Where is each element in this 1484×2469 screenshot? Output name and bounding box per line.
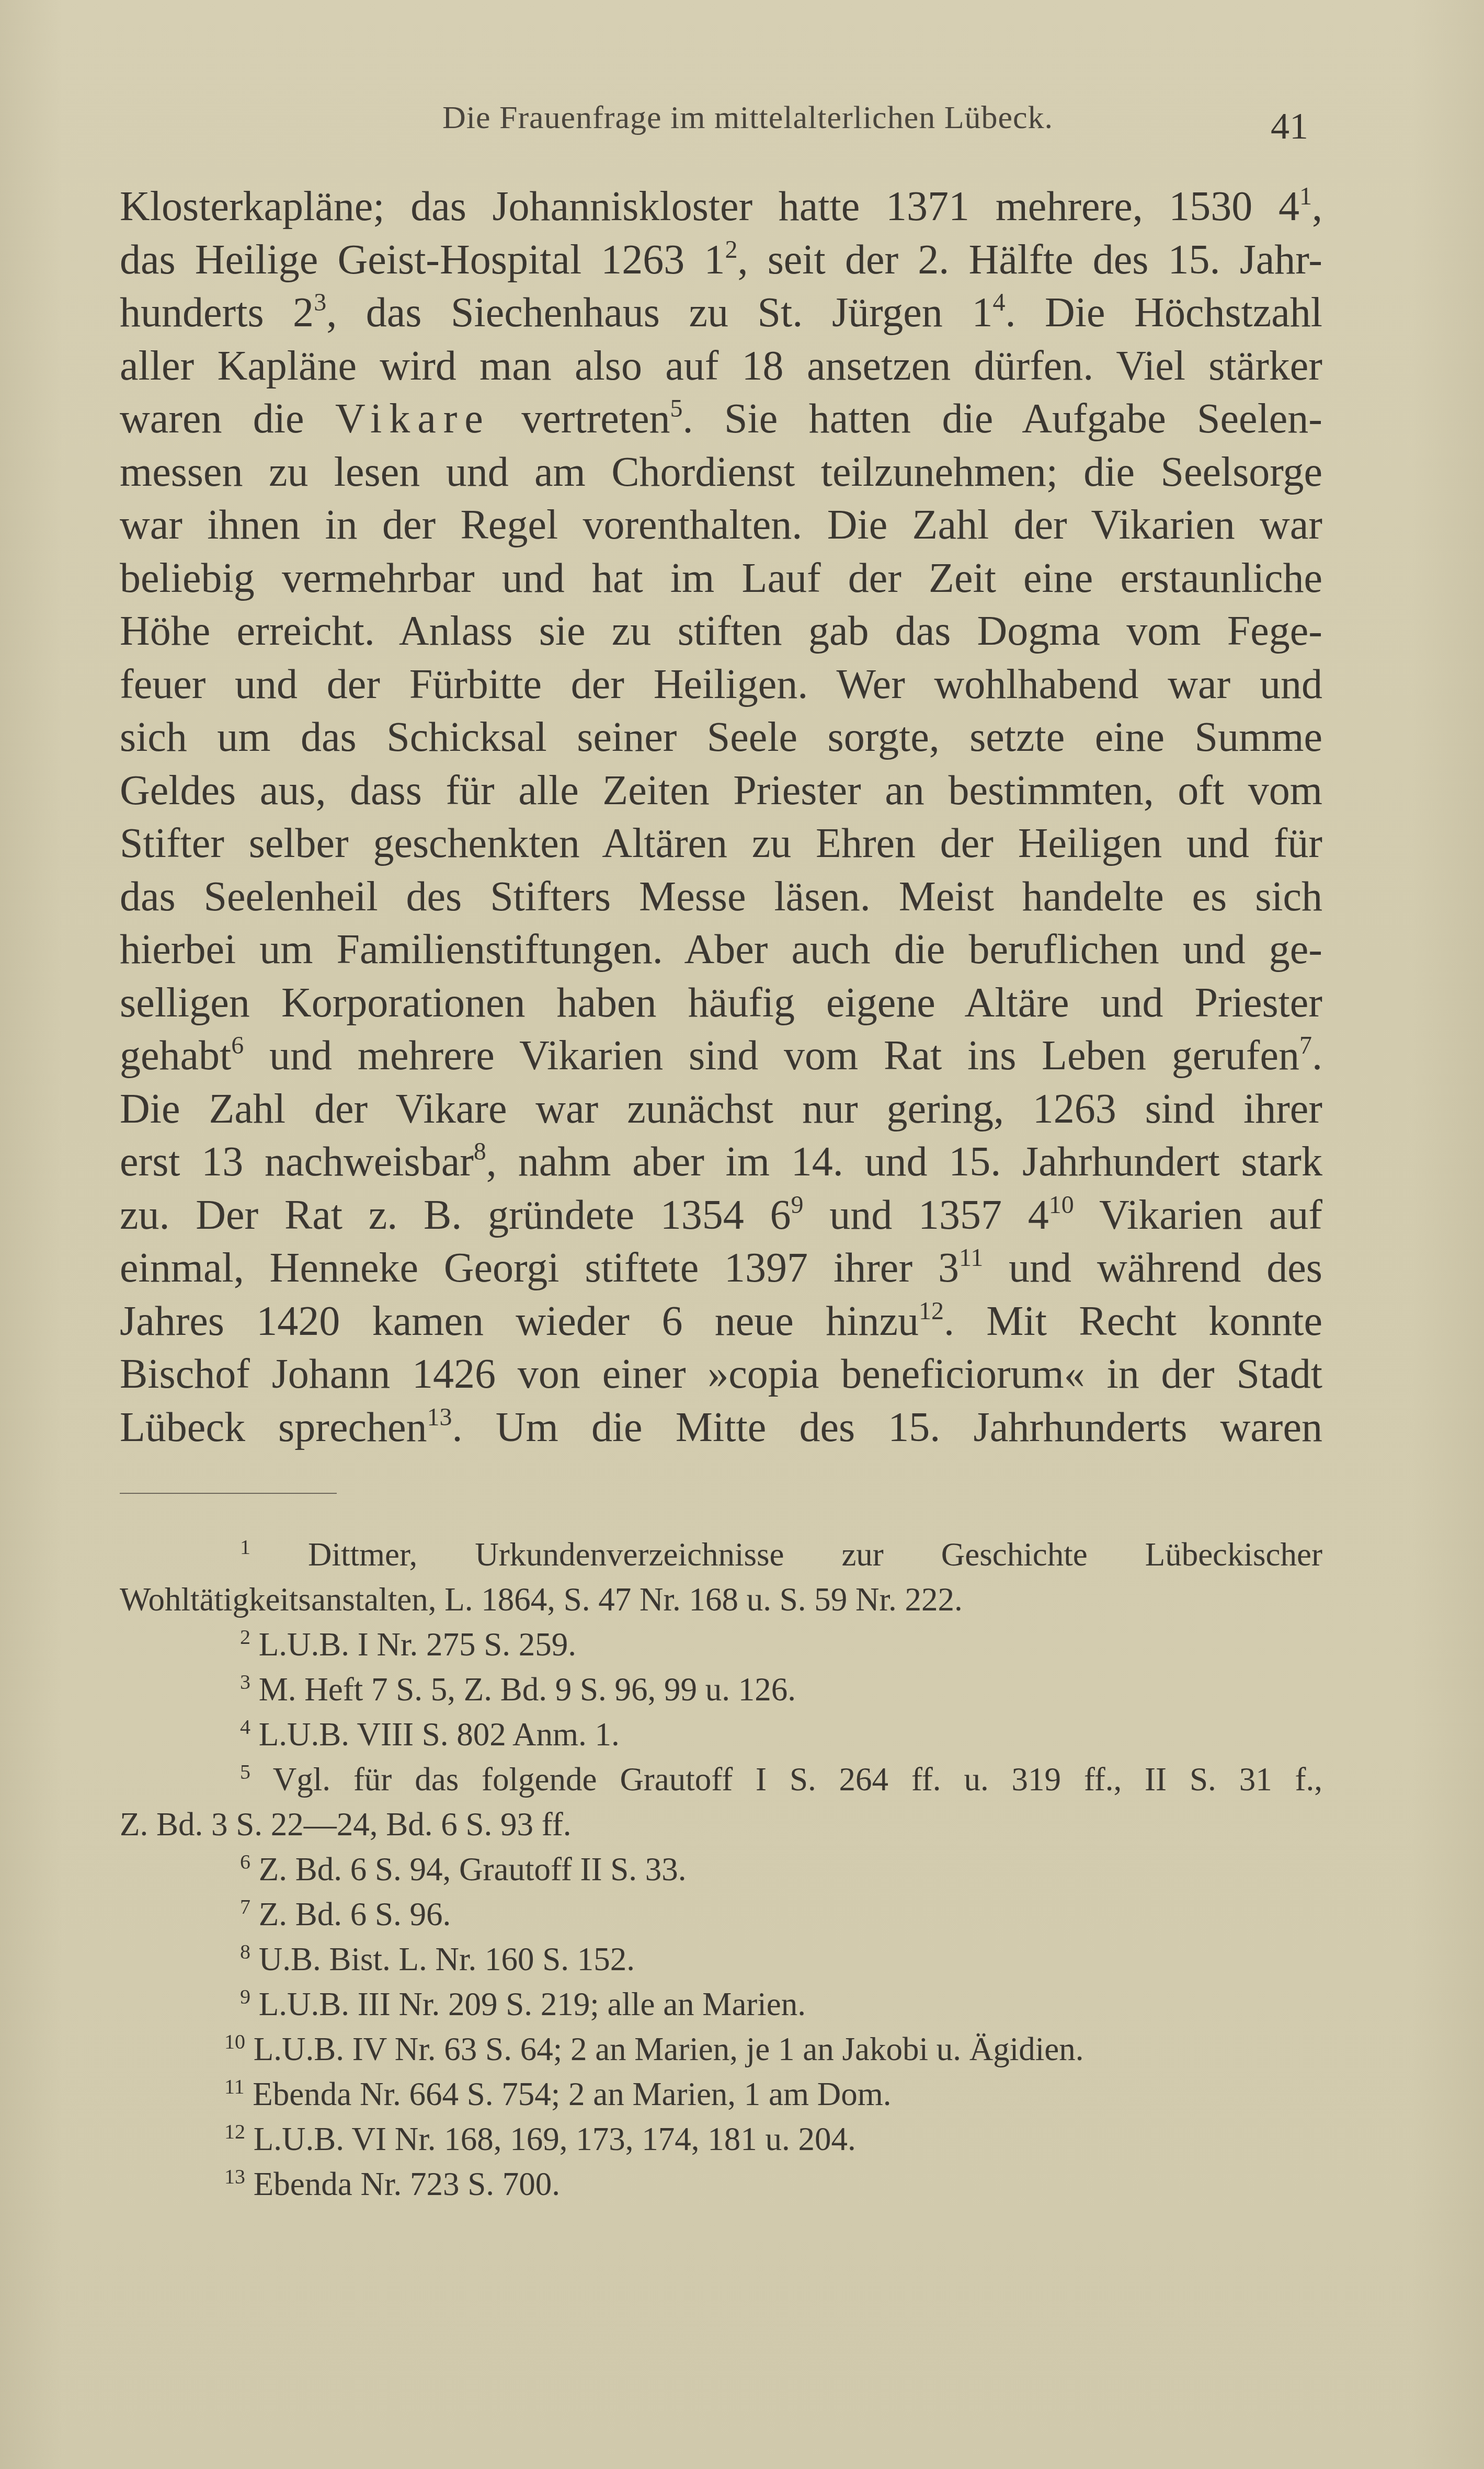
body-line: hunderts 23, das Siechenhaus zu St. Jürg… xyxy=(120,287,1322,340)
body-line: Geldes aus, dass für alle Zeiten Prieste… xyxy=(120,764,1322,818)
body-line: gehabt6 und mehrere Vikarien sind vom Ra… xyxy=(120,1030,1322,1083)
footnote-number: 8 xyxy=(240,1940,250,1963)
footnote-ref: 6 xyxy=(231,1032,244,1059)
body-line: Klosterkapläne; das Johanniskloster hatt… xyxy=(120,180,1322,234)
book-page: Die Frauenfrage im mittelalterlichen Lüb… xyxy=(0,0,1484,2469)
footnote-ref: 1 xyxy=(1299,182,1312,210)
footnote-7: 7 Z. Bd. 6 S. 96. xyxy=(120,1892,1322,1937)
footnote-ref: 8 xyxy=(474,1138,486,1165)
running-head-title: Die Frauenfrage im mittelalterlichen Lüb… xyxy=(314,99,1182,136)
body-line: Jahres 1420 kamen wieder 6 neue hinzu12.… xyxy=(120,1295,1322,1348)
body-line: Die Zahl der Vikare war zunächst nur ger… xyxy=(120,1083,1322,1136)
footnote-6: 6 Z. Bd. 6 S. 94, Grautoff II S. 33. xyxy=(120,1847,1322,1892)
footnote-12: 12 L.U.B. VI Nr. 168, 169, 173, 174, 181… xyxy=(120,2117,1322,2162)
body-line: das Heilige Geist-Hospital 1263 12, seit… xyxy=(120,234,1322,287)
page-number: 41 xyxy=(1271,105,1308,148)
footnote-number: 6 xyxy=(240,1850,250,1873)
body-line: hierbei um Familienstiftungen. Aber auch… xyxy=(120,923,1322,977)
footnote-2: 2 L.U.B. I Nr. 275 S. 259. xyxy=(120,1622,1322,1667)
footnote-1-continuation: Wohltätigkeitsanstalten, L. 1864, S. 47 … xyxy=(120,1577,1322,1622)
footnote-number: 10 xyxy=(224,2030,245,2053)
body-line: feuer und der Fürbitte der Heiligen. Wer… xyxy=(120,658,1322,712)
body-line: erst 13 nachweisbar8, nahm aber im 14. u… xyxy=(120,1136,1322,1189)
body-line: Stifter selber geschenkten Altären zu Eh… xyxy=(120,817,1322,871)
footnote-ref: 10 xyxy=(1049,1191,1074,1219)
body-line: selligen Korporationen haben häufig eige… xyxy=(120,977,1322,1030)
footnote-4: 4 L.U.B. VIII S. 802 Anm. 1. xyxy=(120,1712,1322,1757)
footnote-number: 1 xyxy=(240,1535,250,1559)
body-line: sich um das Schicksal seiner Seele sorgt… xyxy=(120,711,1322,764)
footnote-8: 8 U.B. Bist. L. Nr. 160 S. 152. xyxy=(120,1937,1322,1982)
footnote-ref: 12 xyxy=(919,1297,944,1325)
footnote-ref: 2 xyxy=(725,236,738,264)
body-line: waren die Vikare vertreten5. Sie hatten … xyxy=(120,393,1322,446)
footnote-5: 5 Vgl. für das folgende Grautoff I S. 26… xyxy=(120,1757,1322,1802)
footnote-ref: 4 xyxy=(992,289,1005,316)
footnote-ref: 13 xyxy=(427,1403,452,1431)
body-line: messen zu lesen und am Chordienst teilzu… xyxy=(120,446,1322,499)
footnote-3: 3 M. Heft 7 S. 5, Z. Bd. 9 S. 96, 99 u. … xyxy=(120,1667,1322,1712)
footnote-ref: 3 xyxy=(314,289,326,316)
body-line: das Seelenheil des Stifters Messe läsen.… xyxy=(120,871,1322,924)
footnote-number: 5 xyxy=(240,1760,250,1784)
footnote-number: 12 xyxy=(224,2120,245,2143)
footnote-number: 9 xyxy=(240,1985,250,2008)
body-line: beliebig vermehrbar und hat im Lauf der … xyxy=(120,552,1322,605)
footnotes: 1 Dittmer, Urkundenverzeichnisse zur Ges… xyxy=(120,1532,1322,2207)
footnote-ref: 11 xyxy=(959,1244,983,1272)
footnote-separator-rule xyxy=(120,1493,337,1494)
body-line: einmal, Henneke Georgi stiftete 1397 ihr… xyxy=(120,1242,1322,1295)
footnote-number: 3 xyxy=(240,1670,250,1694)
body-line: zu. Der Rat z. B. gründete 1354 69 und 1… xyxy=(120,1189,1322,1242)
footnote-number: 7 xyxy=(240,1895,250,1918)
body-line: Lübeck sprechen13. Um die Mitte des 15. … xyxy=(120,1401,1322,1455)
body-line: Bischof Johann 1426 von einer »copia ben… xyxy=(120,1348,1322,1401)
footnote-5-continuation: Z. Bd. 3 S. 22—24, Bd. 6 S. 93 ff. xyxy=(120,1802,1322,1847)
body-line: Höhe erreicht. Anlass sie zu stiften gab… xyxy=(120,605,1322,658)
body-text: Klosterkapläne; das Johanniskloster hatt… xyxy=(120,180,1322,1454)
footnote-number: 13 xyxy=(224,2165,245,2188)
footnote-ref: 7 xyxy=(1299,1032,1312,1059)
footnote-ref: 5 xyxy=(670,395,683,422)
footnote-1: 1 Dittmer, Urkundenverzeichnisse zur Ges… xyxy=(120,1532,1322,1577)
footnote-9: 9 L.U.B. III Nr. 209 S. 219; alle an Mar… xyxy=(120,1982,1322,2027)
body-line: war ihnen in der Regel vorenthalten. Die… xyxy=(120,499,1322,552)
footnote-ref: 9 xyxy=(791,1191,804,1219)
footnote-number: 4 xyxy=(240,1715,250,1739)
emphasized-word: Vikare xyxy=(335,396,490,442)
footnote-13: 13 Ebenda Nr. 723 S. 700. xyxy=(120,2162,1322,2207)
footnote-number: 2 xyxy=(240,1625,250,1649)
footnote-number: 11 xyxy=(224,2075,245,2098)
body-line: aller Kapläne wird man also auf 18 anset… xyxy=(120,340,1322,393)
footnote-10: 10 L.U.B. IV Nr. 63 S. 64; 2 an Marien, … xyxy=(120,2027,1322,2072)
footnote-11: 11 Ebenda Nr. 664 S. 754; 2 an Marien, 1… xyxy=(120,2072,1322,2117)
